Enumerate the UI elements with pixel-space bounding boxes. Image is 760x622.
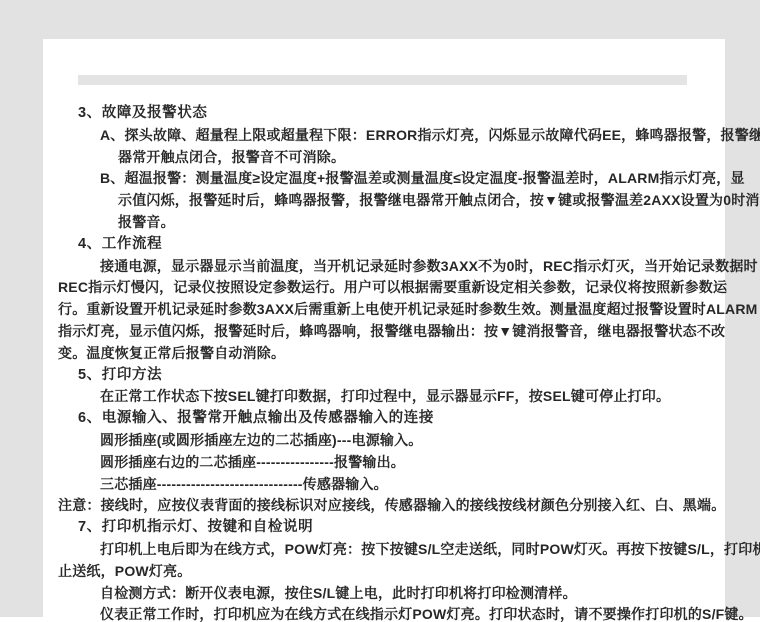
text-line: 止送纸，POW灯亮。 xyxy=(58,561,718,583)
text-line: 行。重新设置开机记录延时参数3AXX后需重新上电使开机记录延时参数生效。测量温度… xyxy=(58,299,718,321)
text-line: 变。温度恢复正常后报警自动消除。 xyxy=(58,343,718,365)
section-6-heading: 6、电源输入、报警常开触点输出及传感器输入的连接 xyxy=(78,408,718,430)
text-line: 自检测方式：断开仪表电源，按住S/L键上电，此时打印机将打印检测清样。 xyxy=(100,583,718,605)
section-4-heading: 4、工作流程 xyxy=(78,234,718,256)
text-line: 仪表正常工作时，打印机应为在线方式在线指示灯POW灯亮。打印状态时，请不要操作打… xyxy=(100,604,718,622)
text-line: 报警音。 xyxy=(118,212,718,234)
text-line: 打印机上电后即为在线方式，POW灯亮：按下按键S/L空走送纸，同时POW灯灭。再… xyxy=(100,539,718,561)
text-line: 指示灯亮，显示值闪烁，报警延时后，蜂鸣器响，报警继电器输出：按▼键消报警音，继电… xyxy=(58,321,718,343)
text-line: 在正常工作状态下按SEL键打印数据，打印过程中，显示器显示FF，按SEL键可停止… xyxy=(100,386,718,408)
text-line: 圆形插座右边的二芯插座----------------报警输出。 xyxy=(100,452,718,474)
note-line: 注意：接线时，应按仪表背面的接线标识对应接线，传感器输入的接线按线材颜色分别接入… xyxy=(58,495,718,517)
text-line: B、超温报警：测量温度≥设定温度+报警温差或测量温度≤设定温度-报警温差时，AL… xyxy=(100,168,718,190)
manual-page: 3、故障及报警状态 A、探头故障、超量程上限或超量程下限：ERROR指示灯亮，闪… xyxy=(43,39,725,622)
section-3-heading: 3、故障及报警状态 xyxy=(78,103,718,125)
page-content: 3、故障及报警状态 A、探头故障、超量程上限或超量程下限：ERROR指示灯亮，闪… xyxy=(58,103,718,622)
text-line: 接通电源，显示器显示当前温度，当开机记录延时参数3AXX不为0时，REC指示灯灭… xyxy=(100,256,718,278)
text-line: A、探头故障、超量程上限或超量程下限：ERROR指示灯亮，闪烁显示故障代码EE，… xyxy=(100,125,718,147)
section-5-heading: 5、打印方法 xyxy=(78,365,718,387)
blank-header-bar xyxy=(78,75,687,85)
text-line: 圆形插座(或圆形插座左边的二芯插座)---电源输入。 xyxy=(100,430,718,452)
text-line: 三芯插座------------------------------传感器输入。 xyxy=(100,474,718,496)
document-viewer: 3、故障及报警状态 A、探头故障、超量程上限或超量程下限：ERROR指示灯亮，闪… xyxy=(0,0,760,622)
text-line: 示值闪烁，报警延时后，蜂鸣器报警，报警继电器常开触点闭合，按▼键或报警温差2AX… xyxy=(118,190,718,212)
text-line: 器常开触点闭合，报警音不可消除。 xyxy=(118,147,718,169)
text-line: REC指示灯慢闪，记录仪按照设定参数运行。用户可以根据需要重新设定相关参数，记录… xyxy=(58,277,718,299)
section-7-heading: 7、打印机指示灯、按键和自检说明 xyxy=(78,517,718,539)
